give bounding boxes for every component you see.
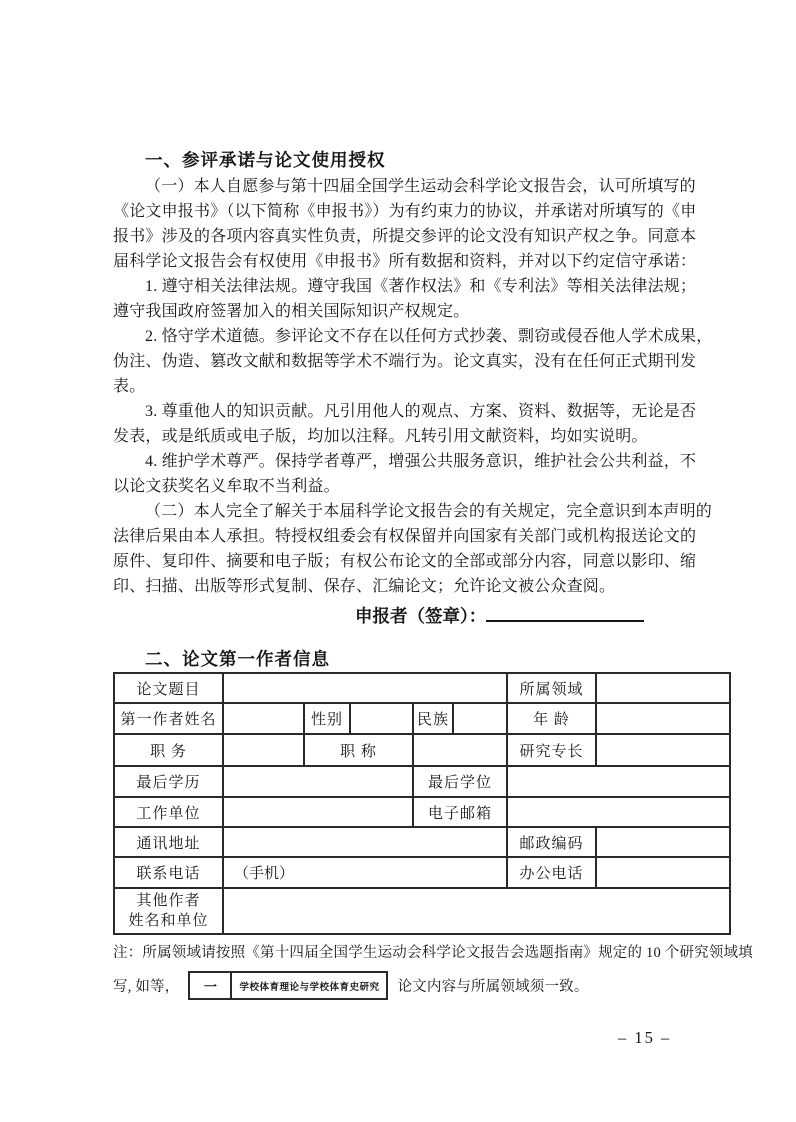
section1-title: 一、参评承诺与论文使用授权: [145, 147, 386, 172]
body-line: 1. 遵守相关法律法规。遵守我国《著作权法》和《专利法》等相关法律法规；: [113, 274, 733, 299]
title-rank-field: [413, 734, 507, 766]
other-authors-label-line1: 其他作者: [115, 891, 222, 911]
postcode-label: 邮政编码: [507, 827, 596, 857]
office-phone-label: 办公电话: [507, 857, 596, 888]
phone-label: 联系电话: [114, 857, 223, 888]
page-number: – 15 –: [618, 1028, 671, 1048]
work-unit-field: [223, 797, 413, 827]
specialty-field: [596, 734, 730, 766]
field-example-number: 一: [190, 973, 232, 998]
body-line: （二）本人完全了解关于本届科学论文报告会的有关规定，完全意识到本声明的: [113, 499, 733, 524]
body-line: 印、扫描、出版等形式复制、保存、汇编论文；允许论文被公众查阅。: [113, 574, 733, 599]
work-unit-label: 工作单位: [114, 797, 223, 827]
body-line: （一）本人自愿参与第十四届全国学生运动会科学论文报告会，认可所填写的: [113, 174, 733, 199]
last-education-field: [223, 766, 413, 797]
table-row: 论文题目 所属领域: [114, 673, 730, 703]
mobile-phone-field: （手机）: [223, 857, 507, 888]
author-info-table: 论文题目 所属领域 第一作者姓名 性别 民族 年 龄 职 务 职 称 研究专长 …: [113, 672, 731, 935]
table-row: 其他作者 姓名和单位: [114, 888, 730, 934]
signature-blank-line: [486, 605, 644, 622]
body-line: 报书》涉及的各项内容真实性负责，所提交参评的论文没有知识产权之争。同意本: [113, 224, 733, 249]
specialty-label: 研究专长: [507, 734, 596, 766]
gender-label: 性别: [304, 703, 350, 734]
office-phone-field: [596, 857, 730, 888]
other-authors-label: 其他作者 姓名和单位: [114, 888, 223, 934]
body-line: 发表，或是纸质或电子版，均加以注释。凡转引用文献资料，均如实说明。: [113, 424, 733, 449]
email-label: 电子邮箱: [413, 797, 507, 827]
body-line: 原件、复印件、摘要和电子版；有权公布论文的全部或部分内容，同意以影印、缩: [113, 549, 733, 574]
research-field-example-box: 一 学校体育理论与学校体育史研究: [188, 971, 388, 1000]
position-label: 职 务: [114, 734, 223, 766]
signature-row: 申报者（签章）：: [355, 603, 644, 628]
table-row: 职 务 职 称 研究专长: [114, 734, 730, 766]
table-row: 第一作者姓名 性别 民族 年 龄: [114, 703, 730, 734]
body-line: 2. 恪守学术道德。参评论文不存在以任何方式抄袭、剽窃或侵吞他人学术成果，: [113, 324, 733, 349]
section1-body: （一）本人自愿参与第十四届全国学生运动会科学论文报告会，认可所填写的 《论文申报…: [113, 174, 733, 599]
other-authors-label-line2: 姓名和单位: [115, 911, 222, 931]
postcode-field: [596, 827, 730, 857]
table-row: 联系电话 （手机） 办公电话: [114, 857, 730, 888]
body-line: 伪注、伪造、篡改文献和数据等学术不端行为。论文真实，没有在任何正式期刊发: [113, 349, 733, 374]
age-field: [596, 703, 730, 734]
ethnicity-label: 民族: [413, 703, 453, 734]
scanned-document-page: 一、参评承诺与论文使用授权 （一）本人自愿参与第十四届全国学生运动会科学论文报告…: [0, 0, 796, 1122]
table-row: 最后学历 最后学位: [114, 766, 730, 797]
email-field: [507, 797, 730, 827]
footnote: 注：所属领域请按照《第十四届全国学生运动会科学论文报告会选题指南》规定的 10 …: [113, 941, 753, 1000]
paper-title-label: 论文题目: [114, 673, 223, 703]
address-label: 通讯地址: [114, 827, 223, 857]
body-line: 《论文申报书》（以下简称《申报书》）为有约束力的协议，并承诺对所填写的《申: [113, 199, 733, 224]
other-authors-field: [223, 888, 730, 934]
body-line: 3. 尊重他人的知识贡献。凡引用他人的观点、方案、资料、数据等，无论是否: [113, 399, 733, 424]
body-line: 遵守我国政府签署加入的相关国际知识产权规定。: [113, 299, 733, 324]
table-row: 工作单位 电子邮箱: [114, 797, 730, 827]
section2-title: 二、论文第一作者信息: [145, 646, 330, 671]
footnote-line2-suffix: 论文内容与所属领域须一致。: [397, 975, 588, 996]
address-field: [223, 827, 507, 857]
gender-field: [350, 703, 413, 734]
research-field-label: 所属领域: [507, 673, 596, 703]
body-line: 以论文获奖名义牟取不当利益。: [113, 474, 733, 499]
first-author-label: 第一作者姓名: [114, 703, 223, 734]
signature-label: 申报者（签章）：: [355, 606, 486, 626]
field-example-label: 学校体育理论与学校体育史研究: [232, 973, 386, 998]
body-line: 表。: [113, 374, 733, 399]
first-author-field: [223, 703, 304, 734]
ethnicity-field: [453, 703, 507, 734]
body-line: 法律后果由本人承担。特授权组委会有权保留并向国家有关部门或机构报送论文的: [113, 524, 733, 549]
last-degree-label: 最后学位: [413, 766, 507, 797]
footnote-line2-prefix: 写, 如等，: [113, 975, 179, 996]
footnote-line1: 注：所属领域请按照《第十四届全国学生运动会科学论文报告会选题指南》规定的 10 …: [113, 941, 753, 962]
footnote-line2: 写, 如等， 一 学校体育理论与学校体育史研究 论文内容与所属领域须一致。: [113, 971, 753, 1000]
age-label: 年 龄: [507, 703, 596, 734]
body-line: 4. 维护学术尊严。保持学者尊严，增强公共服务意识，维护社会公共利益，不: [113, 449, 733, 474]
last-education-label: 最后学历: [114, 766, 223, 797]
body-line: 届科学论文报告会有权使用《申报书》所有数据和资料，并对以下约定信守承诺：: [113, 249, 733, 274]
last-degree-field: [507, 766, 730, 797]
research-field-field: [596, 673, 730, 703]
title-rank-label: 职 称: [304, 734, 413, 766]
position-field: [223, 734, 304, 766]
table-row: 通讯地址 邮政编码: [114, 827, 730, 857]
paper-title-field: [223, 673, 507, 703]
